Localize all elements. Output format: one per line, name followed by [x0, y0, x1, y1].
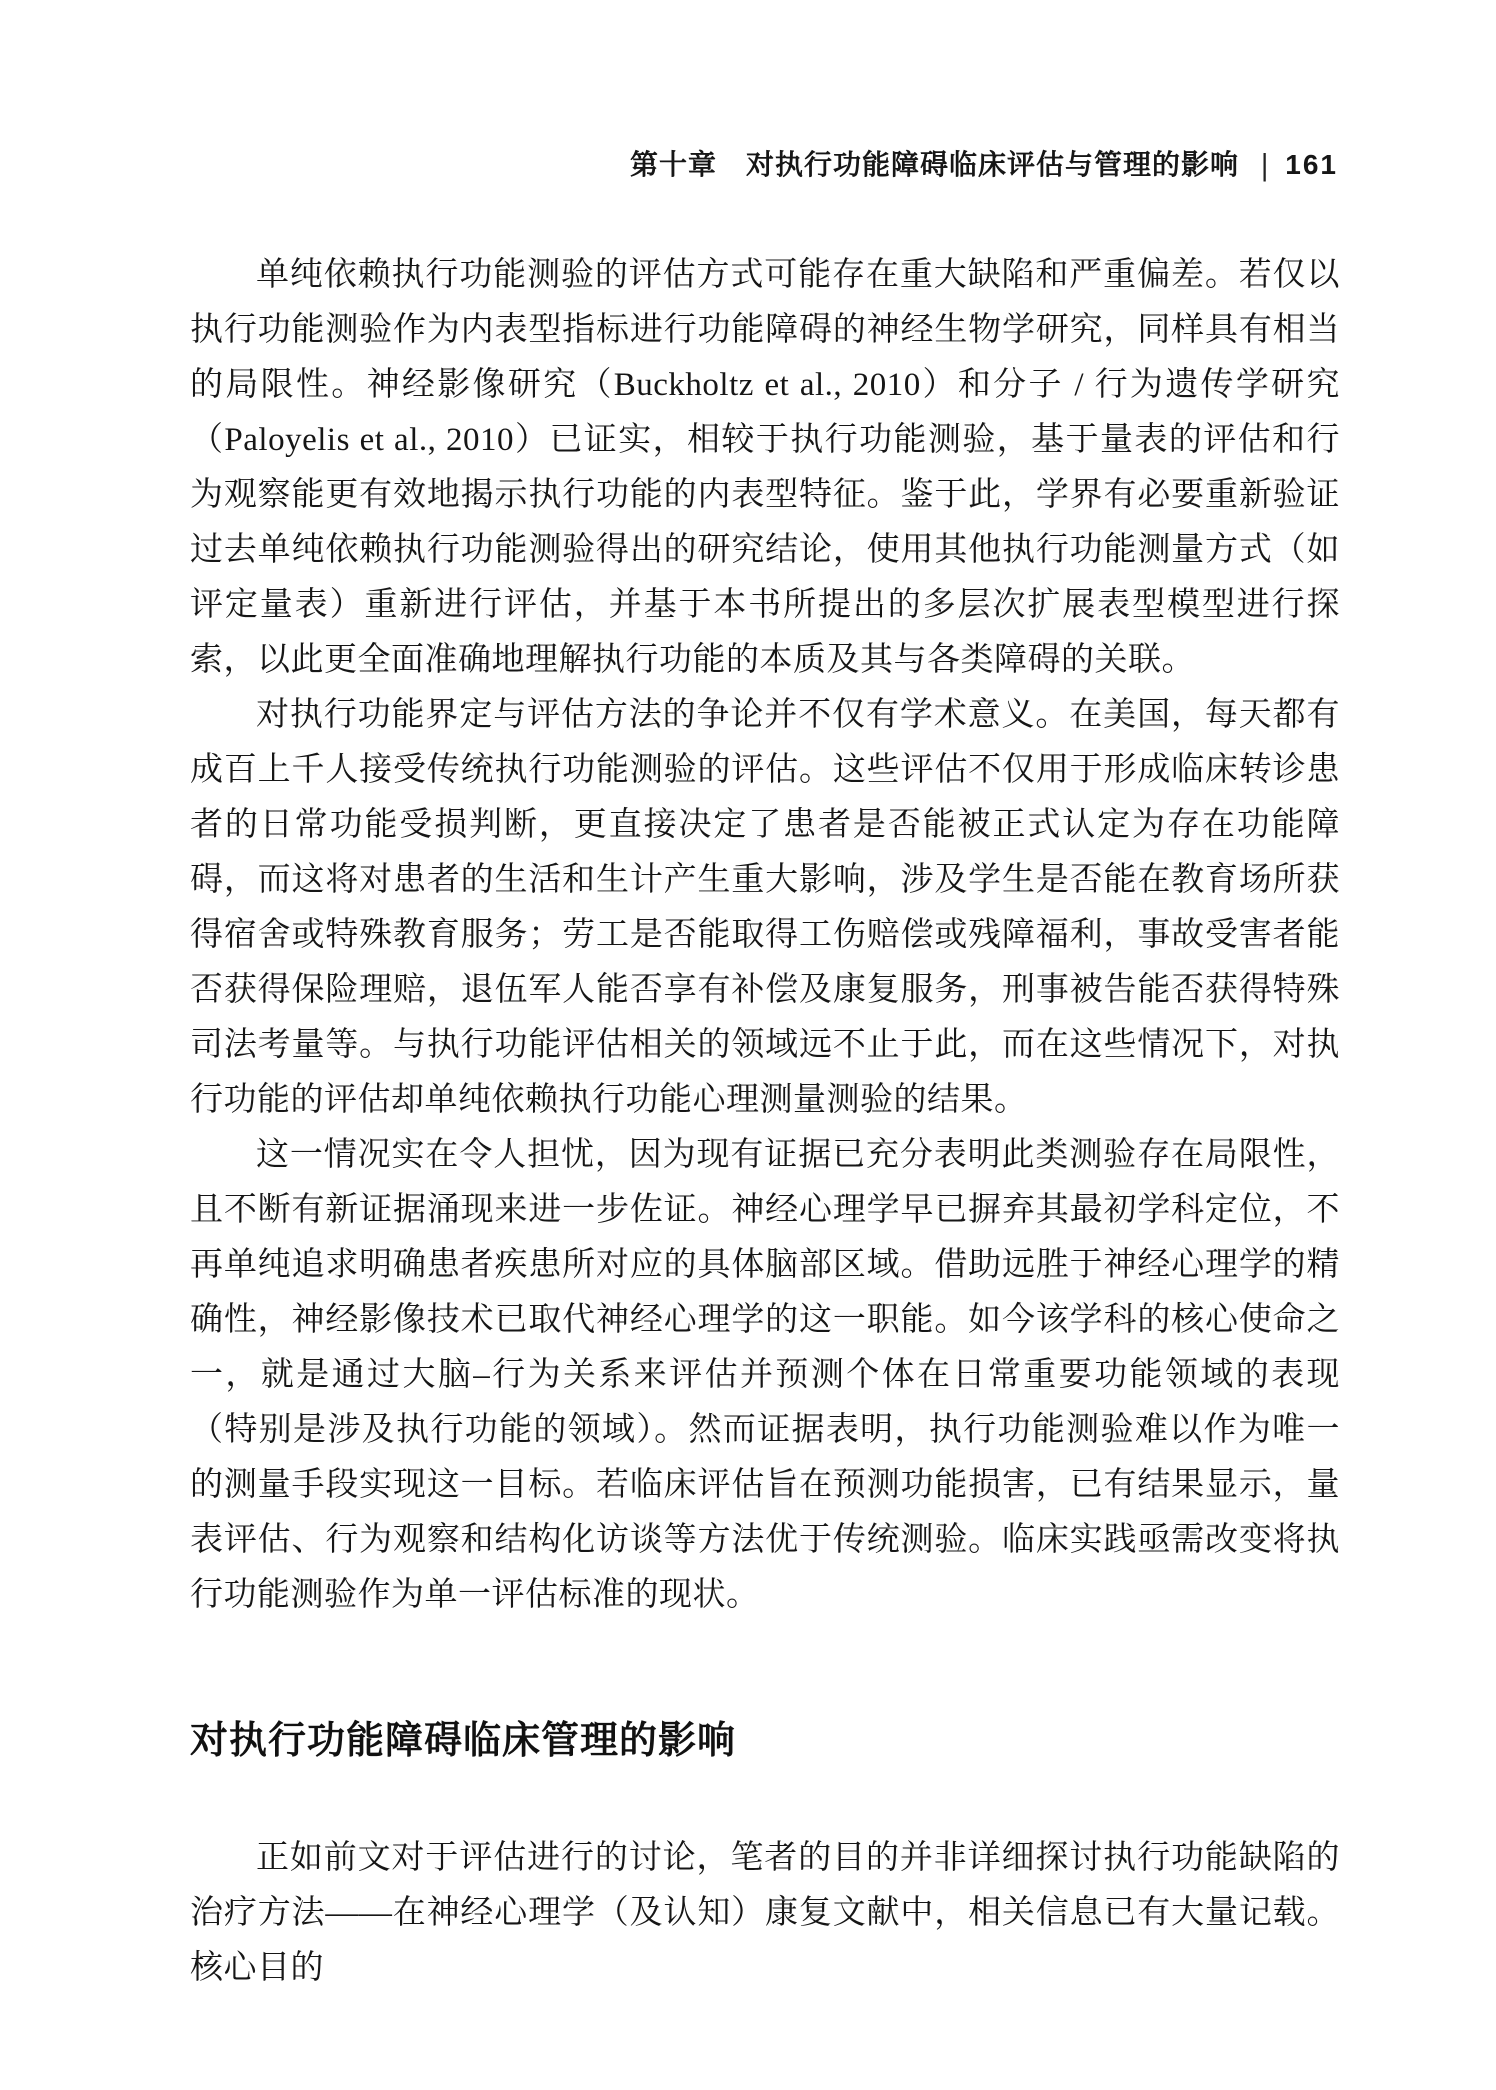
paragraph: 对执行功能界定与评估方法的争论并不仅有学术意义。在美国，每天都有成百上千人接受传…: [190, 688, 1340, 1128]
running-header: 第十章 对执行功能障碍临床评估与管理的影响|161: [190, 143, 1338, 183]
page-body: 单纯依赖执行功能测验的评估方式可能存在重大缺陷和严重偏差。若仅以执行功能测验作为…: [190, 248, 1340, 1996]
page-number: 161: [1285, 149, 1338, 180]
section-heading: 对执行功能障碍临床管理的影响: [190, 1719, 1340, 1765]
paragraph: 正如前文对于评估进行的讨论，笔者的目的并非详细探讨执行功能缺陷的治疗方法——在神…: [190, 1831, 1340, 1996]
paragraph: 这一情况实在令人担忧，因为现有证据已充分表明此类测验存在局限性，且不断有新证据涌…: [190, 1128, 1340, 1623]
book-page: 第十章 对执行功能障碍临床评估与管理的影响|161 单纯依赖执行功能测验的评估方…: [0, 0, 1496, 2090]
running-header-chapter-title: 第十章 对执行功能障碍临床评估与管理的影响: [630, 149, 1239, 180]
paragraph: 单纯依赖执行功能测验的评估方式可能存在重大缺陷和严重偏差。若仅以执行功能测验作为…: [190, 248, 1340, 688]
header-divider: |: [1261, 147, 1269, 182]
